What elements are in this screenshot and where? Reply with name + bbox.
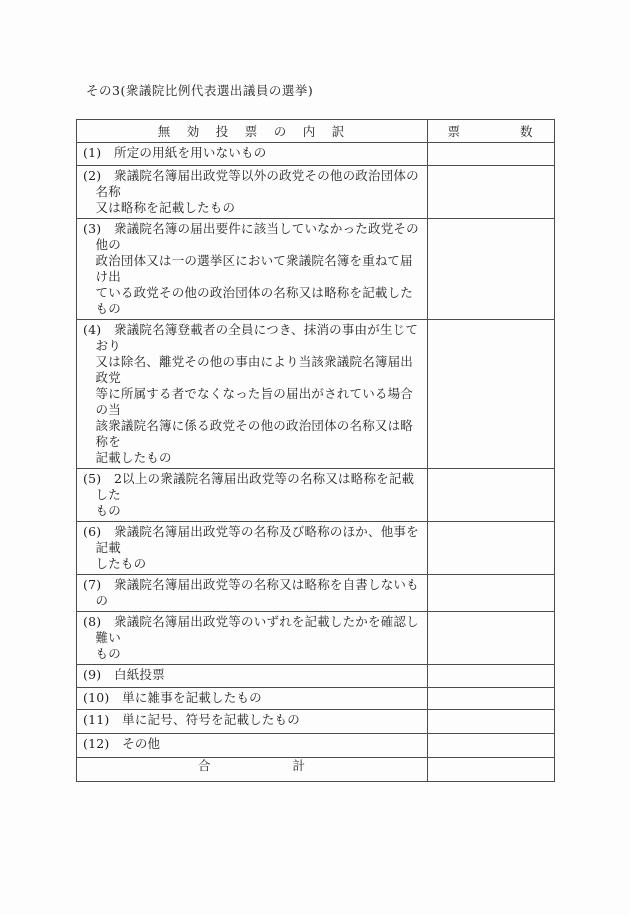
table-row: (6) 衆議院名簿届出政党等の名称及び略称のほか、他事を記載 したもの <box>77 522 555 575</box>
vote-count-cell <box>428 710 555 734</box>
row-description: (7) 衆議院名簿届出政党等の名称又は略称を自書しないもの <box>77 575 427 611</box>
table-row: (7) 衆議院名簿届出政党等の名称又は略称を自書しないもの <box>77 575 555 612</box>
table-row: (10) 単に雑事を記載したもの <box>77 688 555 710</box>
table-row: (2) 衆議院名簿届出政党等以外の政党その他の政治団体の名称 又は略称を記載した… <box>77 166 555 219</box>
vote-count-cell <box>428 688 555 710</box>
row-description: (2) 衆議院名簿届出政党等以外の政党その他の政治団体の名称 又は略称を記載した… <box>77 166 427 218</box>
table-row: (8) 衆議院名簿届出政党等のいずれを記載したかを確認し難い もの <box>77 612 555 665</box>
table-row: (4) 衆議院名簿登載者の全員につき、抹消の事由が生じており 又は除名、離党その… <box>77 320 555 469</box>
row-description: (12) その他 <box>77 734 427 754</box>
total-row: 合 計 <box>77 758 555 782</box>
document-title: その3(衆議院比例代表選出議員の選挙) <box>86 83 313 98</box>
row-description: (11) 単に記号、符号を記載したもの <box>77 710 427 730</box>
row-description: (9) 白紙投票 <box>77 665 427 685</box>
vote-count-cell <box>428 219 555 320</box>
vote-count-cell <box>428 469 555 522</box>
document-page: その3(衆議院比例代表選出議員の選挙) 無 効 投 票 の 内 訳 票 数 (1… <box>0 0 630 915</box>
table-row: (9) 白紙投票 <box>77 665 555 688</box>
table-header-row: 無 効 投 票 の 内 訳 票 数 <box>77 120 555 143</box>
header-breakdown: 無 効 投 票 の 内 訳 <box>77 120 428 143</box>
vote-count-cell <box>428 612 555 665</box>
row-description: (10) 単に雑事を記載したもの <box>77 688 427 708</box>
table-row: (1) 所定の用紙を用いないもの <box>77 143 555 166</box>
invalid-votes-table: 無 効 投 票 の 内 訳 票 数 (1) 所定の用紙を用いないもの (2) 衆… <box>76 119 555 782</box>
vote-count-cell <box>428 575 555 612</box>
row-description: (8) 衆議院名簿届出政党等のいずれを記載したかを確認し難い もの <box>77 612 427 664</box>
row-description: (3) 衆議院名簿の届出要件に該当していなかった政党その他の 政治団体又は一の選… <box>77 219 427 319</box>
row-description: (5) 2以上の衆議院名簿届出政党等の名称又は略称を記載した もの <box>77 469 427 521</box>
vote-count-cell <box>428 734 555 758</box>
table-row: (12) その他 <box>77 734 555 758</box>
vote-count-cell <box>428 665 555 688</box>
table-row: (5) 2以上の衆議院名簿届出政党等の名称又は略称を記載した もの <box>77 469 555 522</box>
table-row: (3) 衆議院名簿の届出要件に該当していなかった政党その他の 政治団体又は一の選… <box>77 219 555 320</box>
table-row: (11) 単に記号、符号を記載したもの <box>77 710 555 734</box>
row-description: (6) 衆議院名簿届出政党等の名称及び略称のほか、他事を記載 したもの <box>77 522 427 574</box>
total-label: 合 計 <box>77 758 427 774</box>
vote-count-cell <box>428 166 555 219</box>
total-count-cell <box>428 758 555 782</box>
vote-count-cell <box>428 143 555 166</box>
row-description: (4) 衆議院名簿登載者の全員につき、抹消の事由が生じており 又は除名、離党その… <box>77 320 427 468</box>
row-description: (1) 所定の用紙を用いないもの <box>77 143 427 163</box>
vote-count-cell <box>428 522 555 575</box>
header-vote-count: 票 数 <box>428 120 555 143</box>
vote-count-cell <box>428 320 555 469</box>
